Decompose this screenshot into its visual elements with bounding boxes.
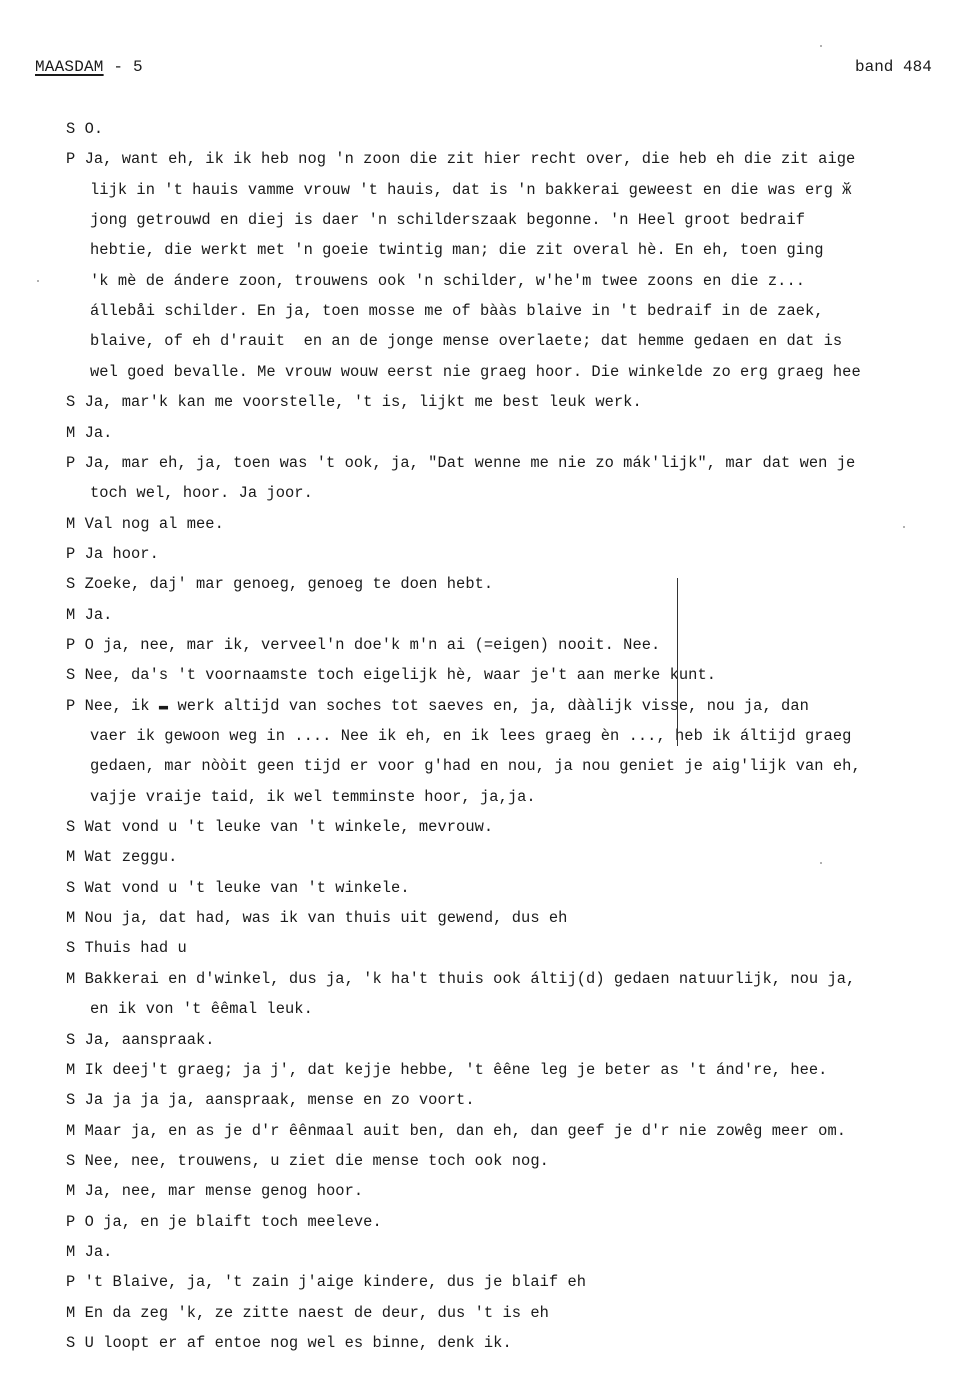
utterance-text: állebåi schilder. En ja, toen mosse me o… xyxy=(90,302,824,320)
transcript-line: M Maar ja, en as je d'r êênmaal auit ben… xyxy=(66,1121,846,1141)
utterance-text: Ja, aanspraak. xyxy=(85,1031,215,1049)
utterance-text: Maar ja, en as je d'r êênmaal auit ben, … xyxy=(85,1122,846,1140)
utterance-text: 'k mè de ándere zoon, trouwens ook 'n sc… xyxy=(90,272,805,290)
transcript-line: P Ja hoor. xyxy=(66,544,159,564)
utterance-text: Ik deej't graeg; ja j', dat kejje hebbe,… xyxy=(85,1061,828,1079)
transcript-line: P Ja, mar eh, ja, toen was 't ook, ja, "… xyxy=(66,453,855,473)
speaker-label: M xyxy=(66,424,75,442)
utterance-text: Bakkerai en d'winkel, dus ja, 'k ha't th… xyxy=(85,970,856,988)
page-number: 5 xyxy=(133,58,143,76)
speaker-label: S xyxy=(66,1334,75,1352)
speaker-label: P xyxy=(66,1273,75,1291)
transcript-line: S O. xyxy=(66,119,103,139)
speaker-label: M xyxy=(66,1304,75,1322)
utterance-text: blaive, of eh d'rauit en an de jonge men… xyxy=(90,332,842,350)
utterance-text: gedaen, mar nòòit geen tijd er voor g'ha… xyxy=(90,757,861,775)
utterance-text: U loopt er af entoe nog wel es binne, de… xyxy=(85,1334,512,1352)
transcript-line: S Ja, aanspraak. xyxy=(66,1030,215,1050)
speaker-label: P xyxy=(66,150,75,168)
utterance-text: Val nog al mee. xyxy=(85,515,224,533)
utterance-text: O. xyxy=(85,120,104,138)
transcript-continuation-line: lijk in 't hauis vamme vrouw 't hauis, d… xyxy=(90,180,851,200)
transcript-line: P 't Blaive, ja, 't zain j'aige kindere,… xyxy=(66,1272,586,1292)
utterance-text: Ja. xyxy=(85,1243,113,1261)
speaker-label: P xyxy=(66,636,75,654)
transcript-line: M Ja. xyxy=(66,1242,112,1262)
speaker-label: S xyxy=(66,1091,75,1109)
transcript-line: P Nee, ik ▬ werk altijd van soches tot s… xyxy=(66,696,809,716)
transcript-line: S Wat vond u 't leuke van 't winkele, me… xyxy=(66,817,493,837)
transcript-continuation-line: 'k mè de ándere zoon, trouwens ook 'n sc… xyxy=(90,271,805,291)
utterance-text: En da zeg 'k, ze zitte naest de deur, du… xyxy=(85,1304,549,1322)
speaker-label: M xyxy=(66,1243,75,1261)
utterance-text: O ja, nee, mar ik, verveel'n doe'k m'n a… xyxy=(85,636,661,654)
transcript-line: M Ja. xyxy=(66,423,112,443)
speaker-label: M xyxy=(66,606,75,624)
utterance-text: Wat vond u 't leuke van 't winkele. xyxy=(85,879,410,897)
transcript-line: M En da zeg 'k, ze zitte naest de deur, … xyxy=(66,1303,549,1323)
transcript-continuation-line: vaer ik gewoon weg in .... Nee ik eh, en… xyxy=(90,726,851,746)
speaker-label: S xyxy=(66,1031,75,1049)
utterance-text: Nee, nee, trouwens, u ziet die mense toc… xyxy=(85,1152,549,1170)
transcript-continuation-line: toch wel, hoor. Ja joor. xyxy=(90,483,313,503)
utterance-text: lijk in 't hauis vamme vrouw 't hauis, d… xyxy=(90,181,851,199)
speaker-label: S xyxy=(66,393,75,411)
utterance-text: wel goed bevalle. Me vrouw wouw eerst ni… xyxy=(90,363,861,381)
utterance-text: Zoeke, daj' mar genoeg, genoeg te doen h… xyxy=(85,575,494,593)
transcript-continuation-line: vajje vraije taid, ik wel temminste hoor… xyxy=(90,787,536,807)
paper-speck xyxy=(903,526,905,528)
paper-speck xyxy=(820,45,822,47)
transcript-line: S Thuis had u xyxy=(66,938,187,958)
speaker-label: S xyxy=(66,818,75,836)
place-name: MAASDAM xyxy=(35,58,104,76)
speaker-label: P xyxy=(66,454,75,472)
speaker-label: M xyxy=(66,1182,75,1200)
tape-number: band 484 xyxy=(855,58,932,76)
utterance-text: hebtie, die werkt met 'n goeie twintig m… xyxy=(90,241,824,259)
transcript-line: M Ja. xyxy=(66,605,112,625)
transcript-line: P O ja, nee, mar ik, verveel'n doe'k m'n… xyxy=(66,635,660,655)
utterance-text: Nou ja, dat had, was ik van thuis uit ge… xyxy=(85,909,568,927)
speaker-label: S xyxy=(66,575,75,593)
speaker-label: M xyxy=(66,909,75,927)
utterance-text: Ja hoor. xyxy=(85,545,159,563)
transcript-line: S Nee, da's 't voornaamste toch eigelijk… xyxy=(66,665,716,685)
utterance-text: Wat zeggu. xyxy=(85,848,178,866)
transcript-continuation-line: en ik von 't êêmal leuk. xyxy=(90,999,313,1019)
paper-speck xyxy=(820,862,822,864)
page-header-left: MAASDAM - 5 xyxy=(35,58,143,76)
transcript-line: M Val nog al mee. xyxy=(66,514,224,534)
transcript-continuation-line: jong getrouwd en diej is daer 'n schilde… xyxy=(90,210,805,230)
utterance-text: Wat vond u 't leuke van 't winkele, mevr… xyxy=(85,818,494,836)
utterance-text: Nee, ik ▬ werk altijd van soches tot sae… xyxy=(85,697,809,715)
speaker-label: S xyxy=(66,1152,75,1170)
transcript-continuation-line: hebtie, die werkt met 'n goeie twintig m… xyxy=(90,240,824,260)
transcript-continuation-line: állebåi schilder. En ja, toen mosse me o… xyxy=(90,301,824,321)
utterance-text: O ja, en je blaift toch meeleve. xyxy=(85,1213,382,1231)
transcript-line: S Nee, nee, trouwens, u ziet die mense t… xyxy=(66,1151,549,1171)
transcript-line: P Ja, want eh, ik ik heb nog 'n zoon die… xyxy=(66,149,855,169)
transcript-line: S Ja ja ja ja, aanspraak, mense en zo vo… xyxy=(66,1090,475,1110)
utterance-text: jong getrouwd en diej is daer 'n schilde… xyxy=(90,211,805,229)
utterance-text: en ik von 't êêmal leuk. xyxy=(90,1000,313,1018)
transcript-line: S U loopt er af entoe nog wel es binne, … xyxy=(66,1333,512,1353)
speaker-label: M xyxy=(66,848,75,866)
transcript-line: P O ja, en je blaift toch meeleve. xyxy=(66,1212,382,1232)
transcript-line: M Wat zeggu. xyxy=(66,847,177,867)
speaker-label: S xyxy=(66,879,75,897)
utterance-text: Ja, nee, mar mense genog hoor. xyxy=(85,1182,364,1200)
utterance-text: Thuis had u xyxy=(85,939,187,957)
utterance-text: Ja, mar'k kan me voorstelle, 't is, lijk… xyxy=(85,393,642,411)
utterance-text: vaer ik gewoon weg in .... Nee ik eh, en… xyxy=(90,727,851,745)
utterance-text: 't Blaive, ja, 't zain j'aige kindere, d… xyxy=(85,1273,586,1291)
transcript-line: S Zoeke, daj' mar genoeg, genoeg te doen… xyxy=(66,574,493,594)
speaker-label: S xyxy=(66,939,75,957)
transcript-line: M Ja, nee, mar mense genog hoor. xyxy=(66,1181,363,1201)
transcript-continuation-line: blaive, of eh d'rauit en an de jonge men… xyxy=(90,331,842,351)
utterance-text: Ja, want eh, ik ik heb nog 'n zoon die z… xyxy=(85,150,856,168)
utterance-text: Nee, da's 't voornaamste toch eigelijk h… xyxy=(85,666,716,684)
speaker-label: M xyxy=(66,515,75,533)
speaker-label: S xyxy=(66,666,75,684)
speaker-label: P xyxy=(66,1213,75,1231)
utterance-text: Ja, mar eh, ja, toen was 't ook, ja, "Da… xyxy=(85,454,856,472)
utterance-text: Ja. xyxy=(85,424,113,442)
speaker-label: P xyxy=(66,545,75,563)
utterance-text: toch wel, hoor. Ja joor. xyxy=(90,484,313,502)
transcript-line: S Ja, mar'k kan me voorstelle, 't is, li… xyxy=(66,392,642,412)
transcript-continuation-line: gedaen, mar nòòit geen tijd er voor g'ha… xyxy=(90,756,861,776)
speaker-label: M xyxy=(66,1061,75,1079)
utterance-text: Ja. xyxy=(85,606,113,624)
utterance-text: vajje vraije taid, ik wel temminste hoor… xyxy=(90,788,536,806)
margin-rule xyxy=(677,578,678,746)
transcript-line: M Bakkerai en d'winkel, dus ja, 'k ha't … xyxy=(66,969,855,989)
speaker-label: P xyxy=(66,697,75,715)
transcript-line: S Wat vond u 't leuke van 't winkele. xyxy=(66,878,410,898)
transcript-line: M Ik deej't graeg; ja j', dat kejje hebb… xyxy=(66,1060,827,1080)
paper-speck xyxy=(37,280,39,282)
speaker-label: M xyxy=(66,970,75,988)
transcript-continuation-line: wel goed bevalle. Me vrouw wouw eerst ni… xyxy=(90,362,861,382)
speaker-label: M xyxy=(66,1122,75,1140)
header-separator: - xyxy=(104,58,133,76)
transcript-page: MAASDAM - 5 band 484 S O.P Ja, want eh, … xyxy=(0,0,973,1392)
utterance-text: Ja ja ja ja, aanspraak, mense en zo voor… xyxy=(85,1091,475,1109)
transcript-line: M Nou ja, dat had, was ik van thuis uit … xyxy=(66,908,567,928)
speaker-label: S xyxy=(66,120,75,138)
